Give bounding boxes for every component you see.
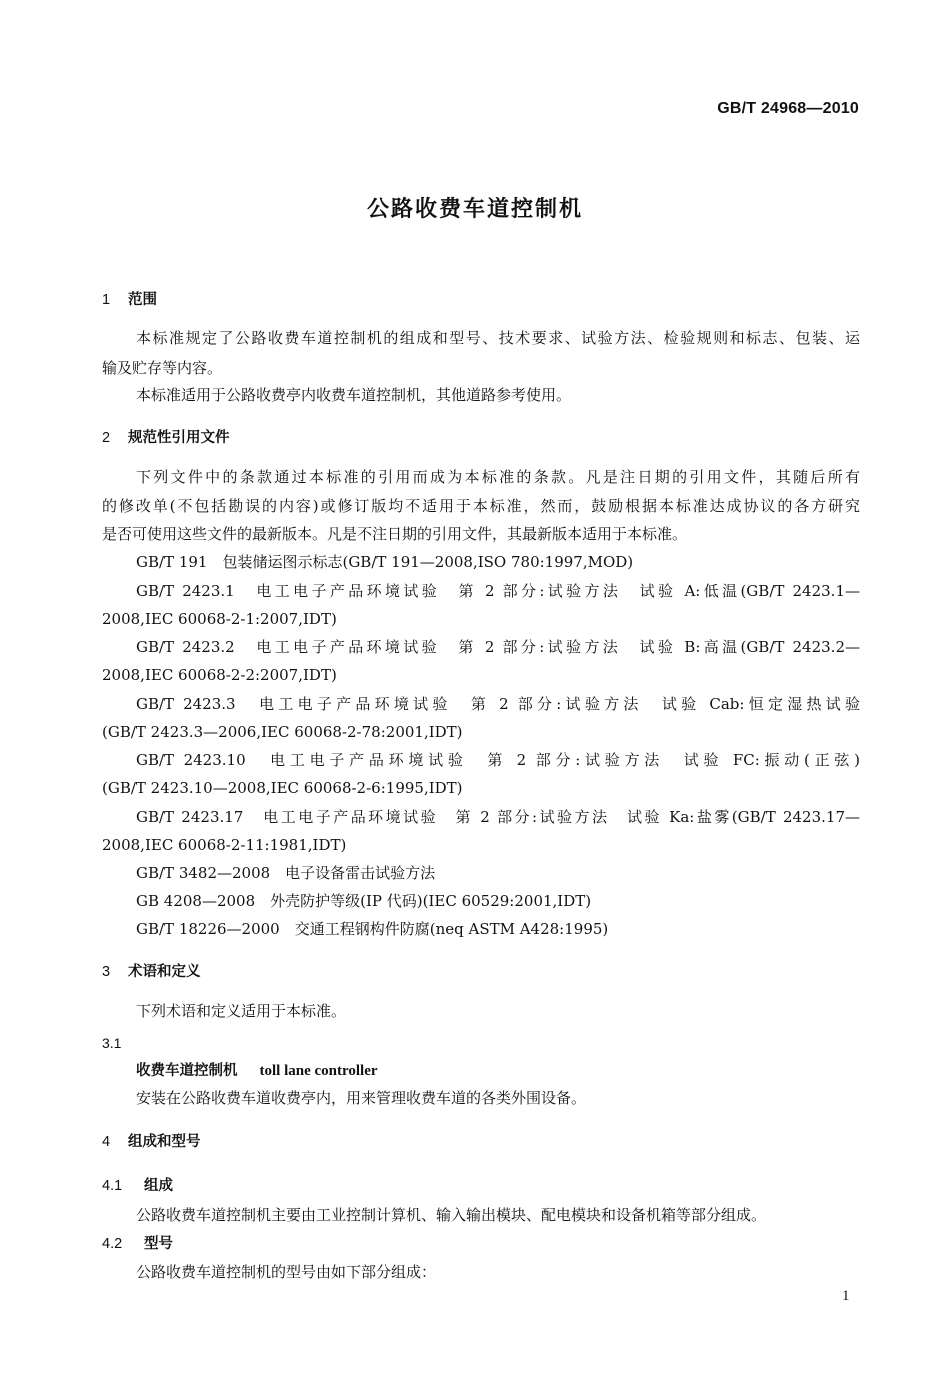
term-number: 3.1 [102,1033,121,1053]
section-title: 范围 [128,292,157,308]
subsection-4-2-heading: 4.2型号 [102,1234,173,1254]
section-title: 组成和型号 [128,1134,201,1150]
section-3-heading: 3术语和定义 [102,962,201,982]
paragraph-line: 公路收费车道控制机主要由工业控制计算机、输入输出模块、配电模块和设备机箱等部分组… [136,1205,766,1225]
subsection-4-1-heading: 4.1组成 [102,1176,173,1196]
reference-item: GB/T 3482—2008 电子设备雷击试验方法 [136,863,435,883]
reference-item-cont: (GB/T 2423.3—2006,IEC 60068-2-78:2001,ID… [102,722,463,742]
reference-item: GB/T 191 包装储运图示标志(GB/T 191—2008,ISO 780:… [136,552,633,572]
paragraph-line: 是否可使用这些文件的最新版本。凡是不注日期的引用文件，其最新版本适用于本标准。 [102,524,687,544]
paragraph-line: 公路收费车道控制机的型号由如下部分组成： [136,1262,436,1282]
reference-item: GB/T 2423.2 电工电子产品环境试验 第 2 部分:试验方法 试验 B:… [136,637,860,657]
section-title: 术语和定义 [128,964,201,980]
paragraph-line: 的修改单(不包括勘误的内容)或修订版均不适用于本标准，然而，鼓励根据本标准达成协… [102,496,860,516]
paragraph-line: 输及贮存等内容。 [102,358,222,378]
section-number: 2 [102,428,128,448]
term-english: toll lane controller [260,1063,378,1079]
section-number: 3 [102,962,128,982]
subsection-title: 组成 [144,1178,173,1194]
reference-item: GB/T 18226—2000 交通工程钢构件防腐(neq ASTM A428:… [136,919,608,939]
reference-item: GB 4208—2008 外壳防护等级(IP 代码)(IEC 60529:200… [136,891,591,911]
section-number: 4 [102,1132,128,1152]
reference-item-cont: 2008,IEC 60068-2-11:1981,IDT) [102,835,346,855]
paragraph-line: 本标准规定了公路收费车道控制机的组成和型号、技术要求、试验方法、检验规则和标志、… [136,328,860,348]
reference-item: GB/T 2423.17 电工电子产品环境试验 第 2 部分:试验方法 试验 K… [136,807,860,827]
subsection-number: 4.2 [102,1234,144,1254]
reference-item-cont: 2008,IEC 60068-2-2:2007,IDT) [102,665,337,685]
subsection-title: 型号 [144,1236,173,1252]
reference-item: GB/T 2423.1 电工电子产品环境试验 第 2 部分:试验方法 试验 A:… [136,581,860,601]
term-entry: 收费车道控制机toll lane controller [136,1060,378,1081]
section-title: 规范性引用文件 [128,430,230,446]
paragraph-line: 下列术语和定义适用于本标准。 [136,1001,346,1021]
standard-code: GB/T 24968—2010 [717,100,859,118]
section-4-heading: 4组成和型号 [102,1132,201,1152]
term-chinese: 收费车道控制机 [136,1063,238,1079]
document-title: 公路收费车道控制机 [0,192,950,223]
paragraph-line: 本标准适用于公路收费亭内收费车道控制机，其他道路参考使用。 [136,385,571,405]
paragraph-line: 下列文件中的条款通过本标准的引用而成为本标准的条款。凡是注日期的引用文件，其随后… [136,467,860,487]
reference-item-cont: 2008,IEC 60068-2-1:2007,IDT) [102,609,337,629]
subsection-number: 4.1 [102,1176,144,1196]
section-1-heading: 1范围 [102,290,157,310]
section-2-heading: 2规范性引用文件 [102,428,230,448]
section-number: 1 [102,290,128,310]
term-definition: 安装在公路收费车道收费亭内，用来管理收费车道的各类外围设备。 [136,1088,586,1108]
reference-item-cont: (GB/T 2423.10—2008,IEC 60068-2-6:1995,ID… [102,778,463,798]
document-page: GB/T 24968—2010 公路收费车道控制机 1范围 本标准规定了公路收费… [0,0,950,1388]
reference-item: GB/T 2423.10 电工电子产品环境试验 第 2 部分:试验方法 试验 F… [136,750,860,770]
page-number: 1 [842,1288,850,1305]
reference-item: GB/T 2423.3 电工电子产品环境试验 第 2 部分:试验方法 试验 Ca… [136,694,860,714]
